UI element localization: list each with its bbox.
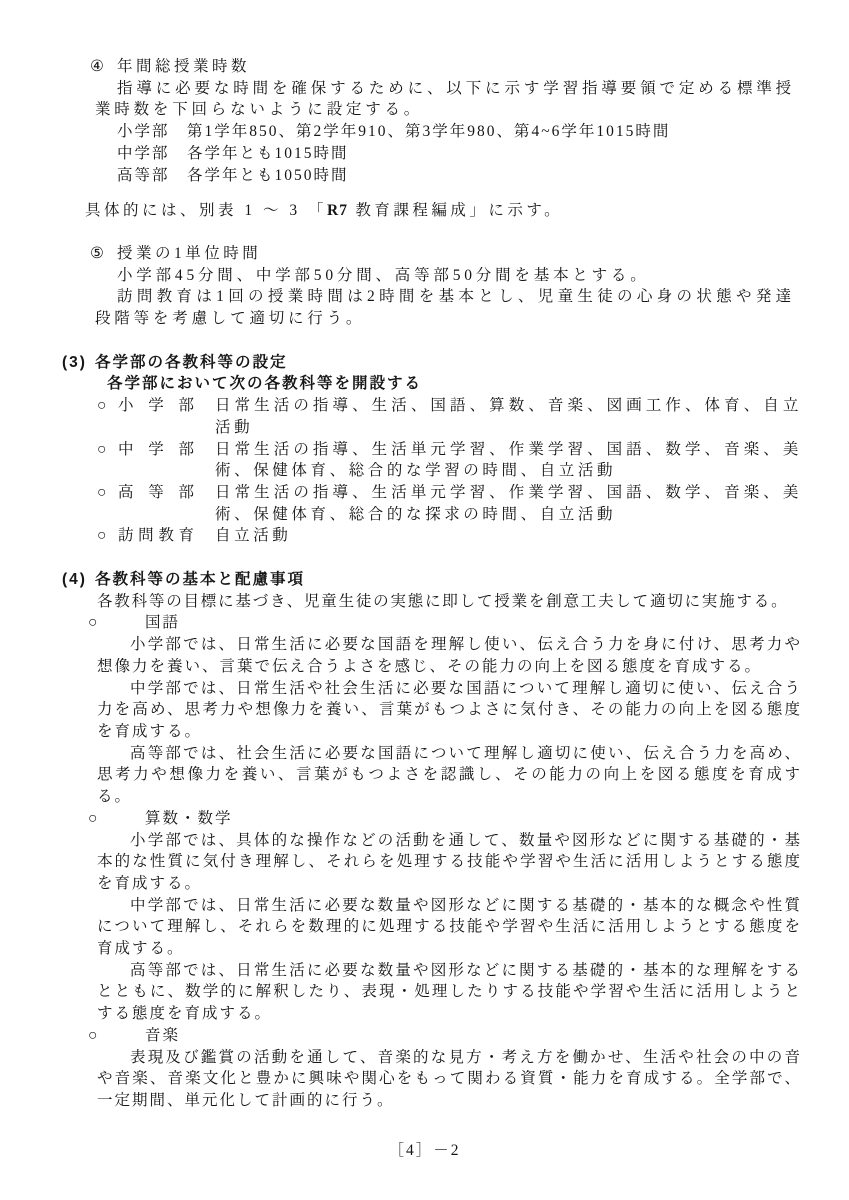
item-5-title: 授業の1単位時間	[117, 245, 261, 262]
dept-subjects: 自立活動	[215, 525, 802, 547]
subject-name: 国語	[145, 612, 180, 634]
subject-name: 算数・数学	[145, 808, 233, 830]
subject-paragraph: 小学部では、具体的な操作などの活動を通して、数量や図形などに関する基礎的・基本的…	[97, 830, 802, 895]
note-post: 教育課程編成」に示す。	[348, 202, 563, 219]
item-4-heading: ④年間総授業時数	[90, 56, 802, 78]
section-3-heading: (3)各学部の各教科等の設定	[62, 352, 802, 374]
circle-marker: ○	[97, 439, 112, 482]
circle-marker: ○	[97, 525, 112, 547]
circle-marker: ○	[97, 395, 112, 438]
dept-subjects: 日常生活の指導、生活、国語、算数、音楽、図画工作、体育、自立活動	[215, 395, 802, 438]
item-5-heading: ⑤授業の1単位時間	[90, 243, 802, 265]
hours-row-junior: 中学部 各学年とも1015時間	[117, 143, 802, 165]
section-4-heading: (4)各教科等の基本と配慮事項	[62, 569, 802, 591]
section-4-lead: 各教科等の目標に基づき、児童生徒の実態に即して授業を創意工夫して適切に実施する。	[97, 591, 802, 613]
dept-label: 訪問教育	[118, 525, 196, 547]
subject-name: 音楽	[145, 1025, 180, 1047]
section-3-title: 各学部の各教科等の設定	[95, 352, 288, 374]
dept-subjects: 日常生活の指導、生活単元学習、作業学習、国語、数学、音楽、美術、保健体育、総合的…	[215, 439, 802, 482]
section-4-title: 各教科等の基本と配慮事項	[95, 569, 305, 591]
subject-paragraph: 表現及び鑑賞の活動を通して、音楽的な見方・考え方を働かせ、生活や社会の中の音や音…	[97, 1047, 802, 1112]
section-3-subtitle: 各学部において次の各教科等を開設する	[107, 373, 802, 395]
dept-label: 中学部	[118, 439, 196, 482]
circle-marker: ○	[88, 1025, 103, 1047]
document-body: ④年間総授業時数 指導に必要な時間を確保するために、以下に示す学習指導要領で定め…	[0, 0, 849, 1112]
section-3-number: (3)	[62, 352, 87, 374]
page-number: ［4］－2	[0, 1140, 849, 1162]
subject-paragraph: 中学部では、日常生活に必要な数量や図形などに関する基礎的・基本的な概念や性質につ…	[97, 895, 802, 960]
item-5-paragraph-1: 小学部45分間、中学部50分間、高等部50分間を基本とする。	[95, 265, 795, 287]
circle-marker: ○	[88, 612, 103, 634]
item-5-paragraph-2: 訪問教育は1回の授業時間は2時間を基本とし、児童生徒の心身の状態や発達段階等を考…	[95, 286, 795, 329]
circled-5-marker: ⑤	[90, 243, 111, 265]
dept-subjects: 日常生活の指導、生活単元学習、作業学習、国語、数学、音楽、美術、保健体育、総合的…	[215, 482, 802, 525]
subject-paragraph: 小学部では、日常生活に必要な国語を理解し使い、伝え合う力を身に付け、思考力や想像…	[97, 634, 802, 677]
item-4-title: 年間総授業時数	[117, 58, 250, 75]
hours-row-senior: 高等部 各学年とも1050時間	[117, 165, 802, 187]
subject-heading-kokugo: ○ 国語	[88, 612, 802, 634]
hours-row-elementary: 小学部 第1学年850、第2学年910、第3学年980、第4~6学年1015時間	[117, 121, 802, 143]
dept-row-elementary: ○ 小学部 日常生活の指導、生活、国語、算数、音楽、図画工作、体育、自立活動	[97, 395, 802, 438]
subject-heading-sansu-sugaku: ○ 算数・数学	[88, 808, 802, 830]
subject-paragraph: 中学部では、日常生活や社会生活に必要な国語について理解し適切に使い、伝え合う力を…	[97, 678, 802, 743]
subject-paragraph: 高等部では、日常生活に必要な数量や図形などに関する基礎的・基本的な理解をするとと…	[97, 960, 802, 1025]
item-4-paragraph: 指導に必要な時間を確保するために、以下に示す学習指導要領で定める標準授業時数を下…	[95, 78, 795, 121]
circled-4-marker: ④	[90, 56, 111, 78]
page: { "item4": { "marker": "④", "title": "年間…	[0, 0, 849, 1200]
dept-label: 高等部	[118, 482, 196, 525]
dept-row-junior: ○ 中学部 日常生活の指導、生活単元学習、作業学習、国語、数学、音楽、美術、保健…	[97, 439, 802, 482]
note-pre: 具体的には、別表 1 ～ 3 「	[85, 202, 327, 219]
circle-marker: ○	[88, 808, 103, 830]
dept-row-senior: ○ 高等部 日常生活の指導、生活単元学習、作業学習、国語、数学、音楽、美術、保健…	[97, 482, 802, 525]
circle-marker: ○	[97, 482, 112, 525]
subject-paragraph: 高等部では、社会生活に必要な国語について理解し適切に使い、伝え合う力を高め、思考…	[97, 743, 802, 808]
note-r7-bold: R7	[327, 202, 348, 219]
dept-label: 小学部	[118, 395, 196, 438]
subject-heading-ongaku: ○ 音楽	[88, 1025, 802, 1047]
dept-row-visiting: ○ 訪問教育 自立活動	[97, 525, 802, 547]
section-4-number: (4)	[62, 569, 87, 591]
reference-note: 具体的には、別表 1 ～ 3 「R7 教育課程編成」に示す。	[85, 200, 802, 222]
